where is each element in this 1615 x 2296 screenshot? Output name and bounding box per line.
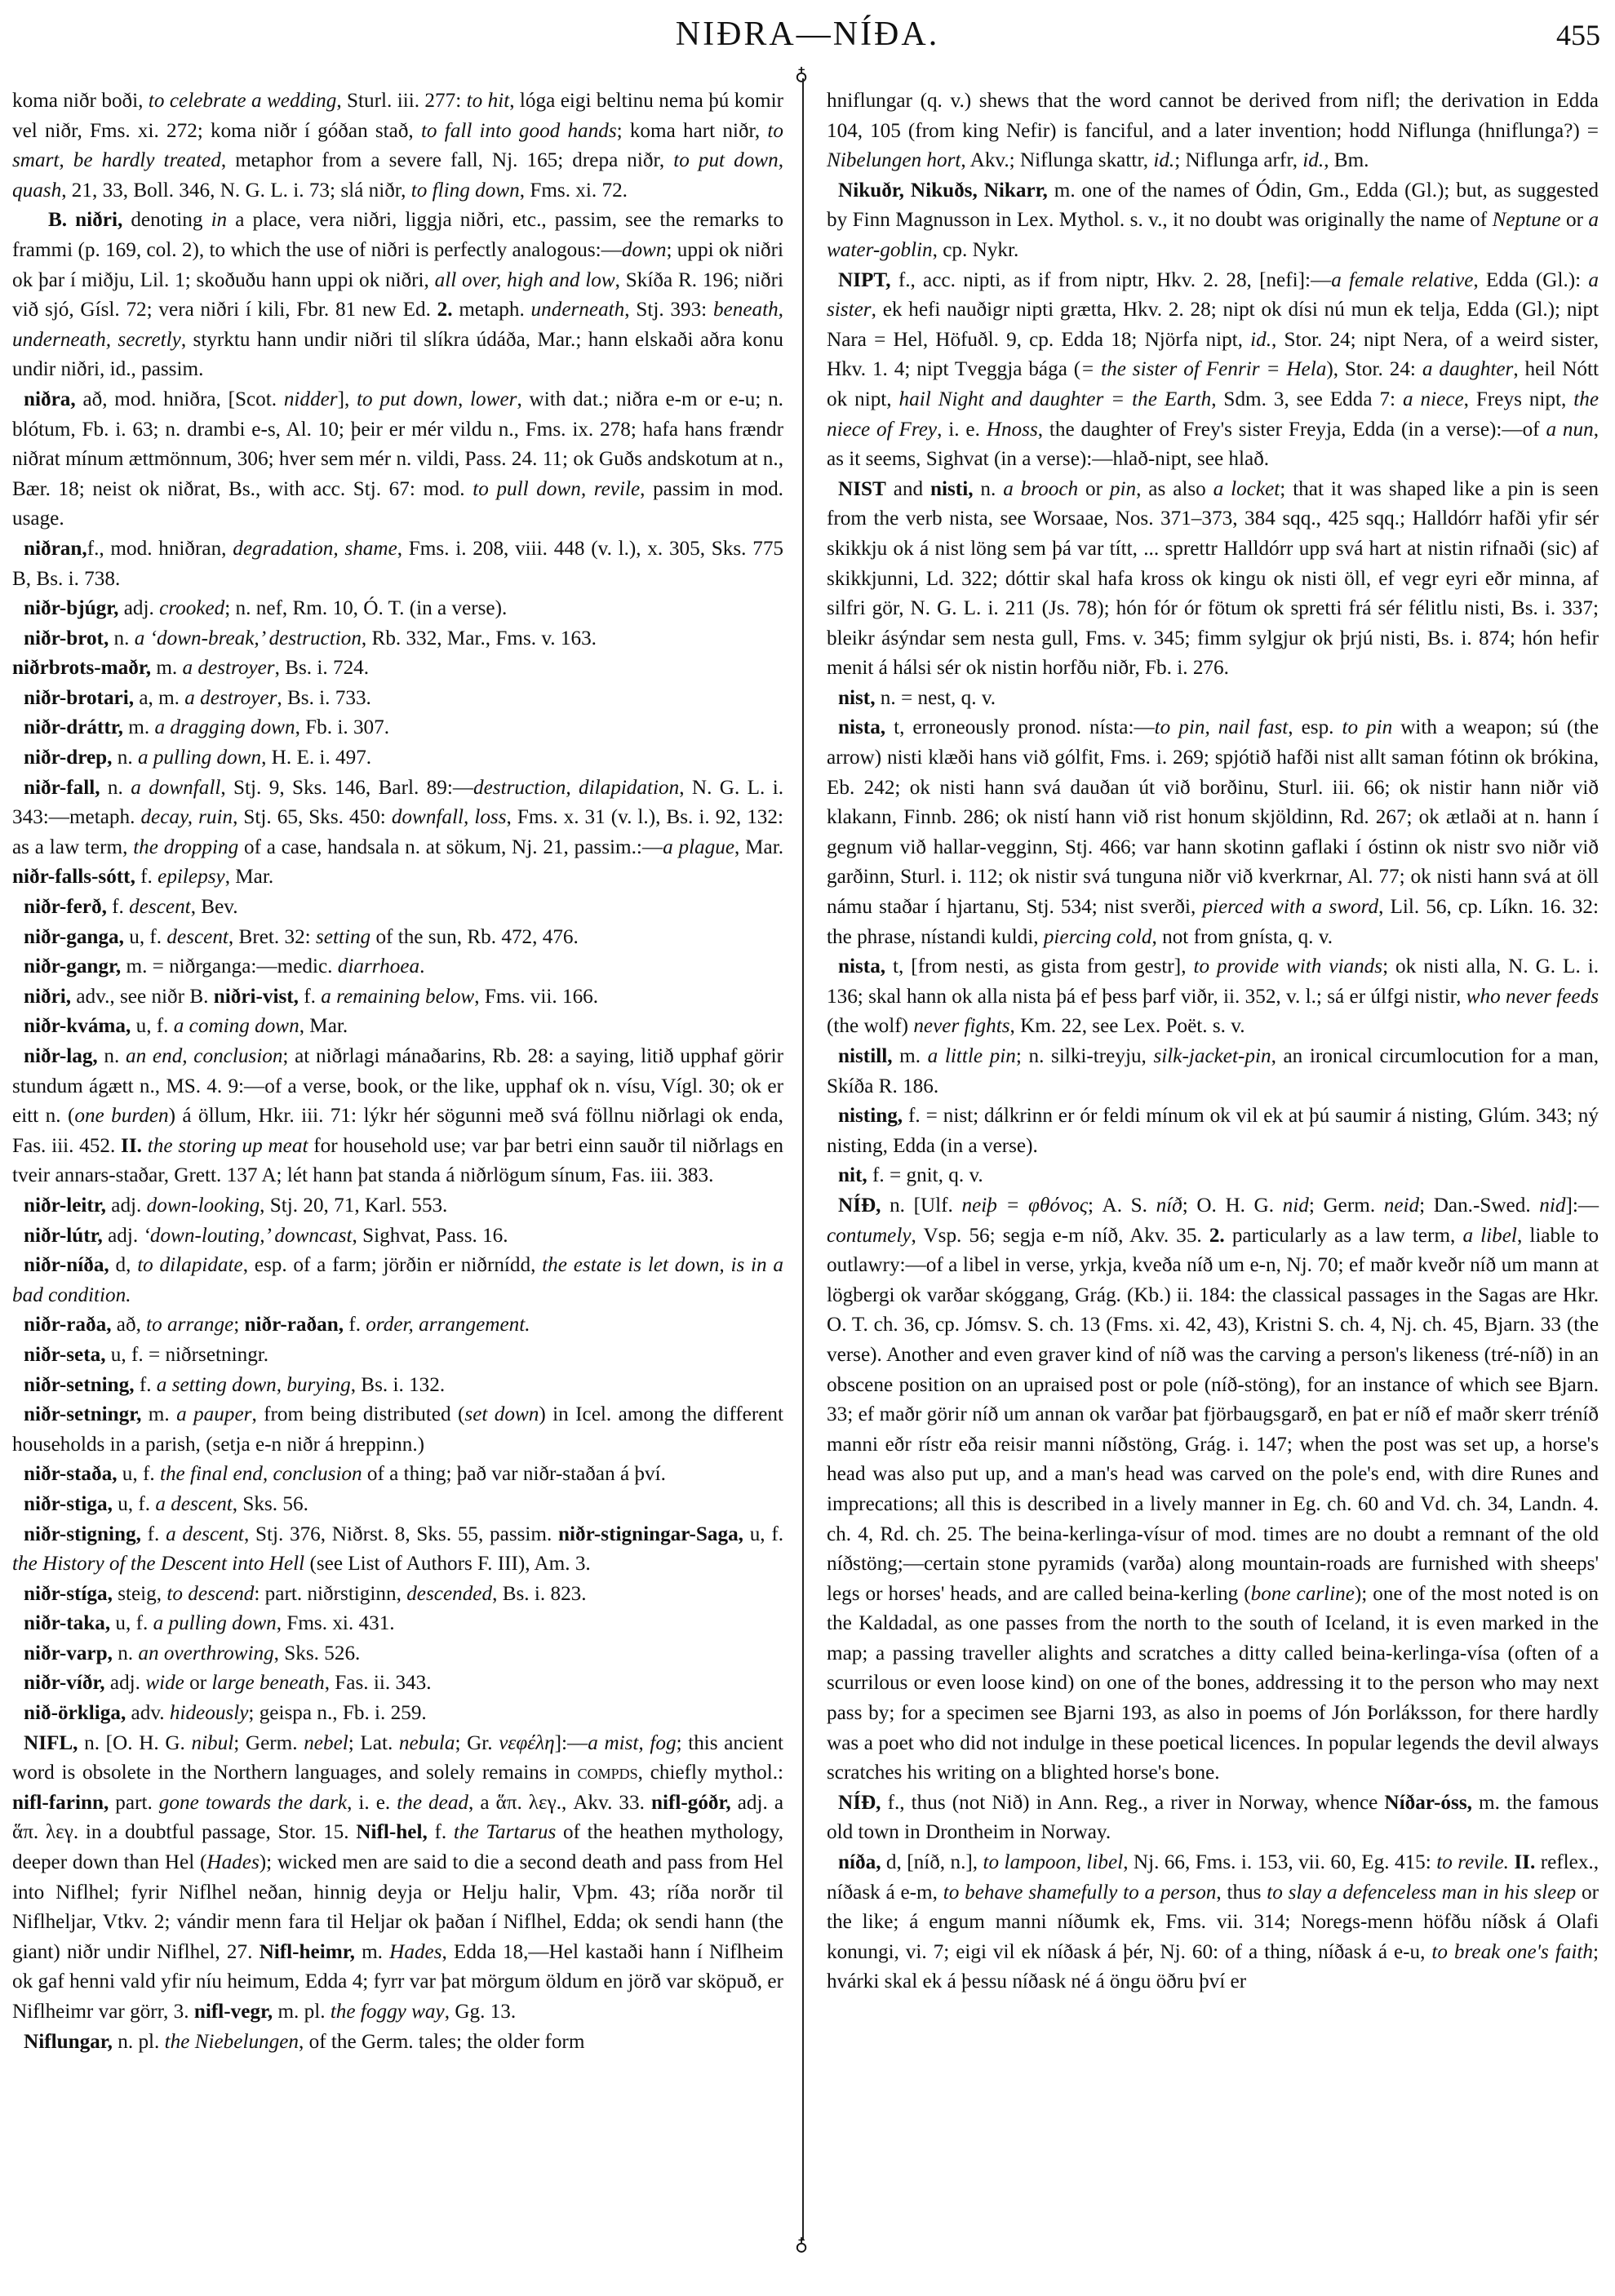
entry-headword: nifl-góðr, [651,1792,731,1814]
entry-text: f. [344,1314,366,1336]
entry-text: ; A. S. [1088,1195,1156,1217]
entry-headword: B. niðri, [48,209,122,231]
entry-text: ; n. nef, Rm. 10, Ó. T. (in a verse). [224,597,507,619]
entry-gloss: a nun [1546,419,1593,441]
entry-text: m. pl. [273,2001,331,2023]
entry-gloss: nibul [191,1732,233,1754]
entry-text: , Akv.; Niflunga skattr, [961,149,1153,171]
entry-gloss: a plague [663,836,734,858]
entry-headword: NIST [838,478,886,500]
entry-text: ), Stor. 24: [1326,358,1422,380]
entry-text: ; [233,1314,244,1336]
entry-gloss: underneath [531,299,625,321]
entry-headword: NÍÐ, [838,1792,881,1814]
entry-text: n. [100,777,131,799]
entry-text: , i. e. [937,419,987,441]
entry-text: t, erroneously pronod. nísta:— [885,716,1155,738]
entry-text: of the sun, Rb. 472, 476. [370,926,579,948]
entry-gloss: descent [166,926,228,948]
entry-gloss: hideously [170,1702,249,1724]
entry-headword: niðr-raðan, [245,1314,344,1336]
entry-headword: nistill, [838,1045,893,1067]
entry-gloss: a dragging down [154,716,295,738]
dictionary-entry: niðri, adv., see niðr B. niðri-vist, f. … [12,982,783,1013]
dictionary-entry: B. niðri, denoting in a place, vera niðr… [12,206,783,385]
entry-gloss: descended [406,1583,492,1605]
entry-text: , Fms. xi. 431. [277,1612,395,1634]
entry-text: : part. niðrstiginn, [254,1583,406,1605]
entry-gloss: pin [1110,478,1136,500]
entry-text: ], [338,388,357,410]
entry-text: f., thus (not Nið) in Ann. Reg., a river… [881,1792,1384,1814]
dictionary-entry: niðr-seta, u, f. = niðrsetningr. [12,1341,783,1371]
entry-text: compds [578,1762,638,1784]
entry-text: f. [141,1523,166,1545]
entry-headword: niðr-setning, [24,1374,135,1396]
left-column: koma niðr boði, to celebrate a wedding, … [12,86,783,2057]
entry-text: , esp. [1288,716,1342,738]
entry-text: m. = niðrganga:—medic. [121,955,338,977]
entry-text: u, f. [131,1015,173,1037]
entry-text: , Bret. 32: [228,926,316,948]
entry-headword: niðr-falls-sótt, [12,866,135,888]
page-header: NIÐRA—NÍÐA. 455 [0,15,1615,64]
entry-text: ]:— [1565,1195,1599,1217]
entry-gloss: epilepsy [158,866,225,888]
entry-gloss: gone towards the dark [159,1792,347,1814]
entry-headword: niðr-raða, [24,1314,112,1336]
entry-text: n. [Ulf. [881,1195,961,1217]
entry-gloss: a little pin [928,1045,1016,1067]
entry-headword: 2. [1209,1225,1225,1247]
entry-text: n. [O. H. G. [78,1732,191,1754]
entry-text: , Nj. 66, Fms. i. 153, vii. 60, Eg. 415: [1123,1851,1436,1873]
entry-text: (the wolf) [827,1015,913,1037]
entry-headword: niðr-ganga, [24,926,124,948]
entry-text: , Stj. 20, 71, Karl. 553. [260,1195,447,1217]
dictionary-entry: niðr-taka, u, f. a pulling down, Fms. xi… [12,1609,783,1639]
entry-text: with a weapon; sú (the arrow) nisti klæð… [827,716,1599,918]
entry-text: , liable to outlawry:—of a libel in vers… [827,1225,1599,1605]
entry-text: adj. [118,597,159,619]
dictionary-entry: niðr-raða, að, to arrange; niðr-raðan, f… [12,1310,783,1341]
entry-gloss: nidder [284,388,338,410]
entry-gloss: to slay a defenceless man in his sleep [1267,1882,1576,1904]
dictionary-entry: niðr-drep, n. a pulling down, H. E. i. 4… [12,743,783,773]
entry-text: m. [151,657,182,679]
entry-headword: niðra, [24,388,76,410]
entry-text: of a case, handsala n. at sökum, Nj. 21,… [238,836,663,858]
entry-text: . [419,955,424,977]
entry-text: (see List of Authors F. III), Am. 3. [304,1553,591,1575]
entry-text: , the daughter of Frey's sister Freyja, … [1038,419,1546,441]
entry-headword: niðr-staða, [24,1463,118,1485]
entry-gloss: diarrhoea [338,955,419,977]
entry-text: ; O. H. G. [1182,1195,1283,1217]
entry-gloss: the final end, conclusion [160,1463,362,1485]
entry-headword: niðr-brotari, [24,687,134,709]
entry-gloss: the dead [397,1792,468,1814]
entry-text: , esp. of a farm; jörðin er niðrnídd, [243,1254,542,1276]
entry-text: koma niðr boði, [12,90,149,112]
entry-gloss: decay, ruin [140,806,233,828]
entry-text: , Fas. ii. 343. [325,1672,432,1694]
entry-gloss: to pull down, revile [473,478,640,500]
entry-text: , Km. 22, see Lex. Poët. s. v. [1010,1015,1245,1037]
entry-headword: Nifl-hel, [356,1821,427,1843]
dictionary-entry: niðr-gangr, m. = niðrganga:—medic. diarr… [12,952,783,982]
entry-headword: niðr-dráttr, [24,716,123,738]
entry-text: u, f. = niðrsetningr. [106,1344,269,1366]
dictionary-entry: niðrbrots-maðr, m. a destroyer, Bs. i. 7… [12,654,783,684]
dictionary-entry: niðr-leitr, adj. down-looking, Stj. 20, … [12,1191,783,1221]
dictionary-entry: Niflungar, n. pl. the Niebelungen, of th… [12,2028,783,2058]
entry-text: n. pl. [113,2031,165,2053]
entry-gloss: a destroyer [183,657,275,679]
entry-text: n. [113,1642,138,1664]
entry-gloss: set down [464,1403,539,1425]
entry-headword: Níðar-óss, [1384,1792,1472,1814]
entry-text: , cp. Nykr. [933,239,1019,261]
dictionary-entry: NIST and nisti, n. a brooch or pin, as a… [827,475,1599,684]
entry-text: f., mod. hniðran, [87,538,233,560]
entry-text: denoting [122,209,211,231]
entry-gloss: Neptune [1493,209,1561,231]
entry-text: n. [98,1045,126,1067]
entry-gloss: a downfall [131,777,220,799]
dictionary-entry: nista, t, erroneously pronod. nísta:—to … [827,713,1599,952]
entry-text: , of the Germ. tales; the older form [299,2031,584,2053]
dictionary-entry: niðr-brotari, a, m. a destroyer, Bs. i. … [12,684,783,714]
entry-gloss: to fall into good hands [421,120,617,142]
entry-gloss: to revile. [1436,1851,1509,1873]
dictionary-entry: niðr-lútr, adj. ‘down-louting,’ downcast… [12,1221,783,1252]
entry-gloss: who never feeds [1466,986,1599,1008]
entry-headword: niðrbrots-maðr, [12,657,151,679]
entry-gloss: to pin, nail fast [1155,716,1289,738]
running-head-title: NIÐRA—NÍÐA. [0,15,1615,54]
entry-gloss: a pulling down [153,1612,277,1634]
entry-headword: niðr-stigningar-Saga, [558,1523,743,1545]
entry-text: ; Germ. [1309,1195,1384,1217]
entry-gloss: never fights [913,1015,1009,1037]
entry-gloss: one burden [74,1105,168,1127]
entry-gloss: an end, conclusion [126,1045,282,1067]
entry-text: n. [974,478,1004,500]
entry-headword: niðr-bjúgr, [24,597,118,619]
entry-gloss: contumely [827,1225,912,1247]
dictionary-entry: NÍÐ, n. [Ulf. neiþ = φθόνος; A. S. níð; … [827,1191,1599,1788]
entry-text: f. = gnit, q. v. [867,1164,983,1186]
entry-headword: niðran, [24,538,87,560]
entry-gloss: to put down, lower [357,388,517,410]
entry-text: , 21, 33, Boll. 346, N. G. L. i. 73; slá… [61,180,411,202]
entry-text: n. = nest, q. v. [876,687,996,709]
entry-headword: niðri-vist, [214,986,299,1008]
entry-text: , Fb. i. 307. [295,716,389,738]
entry-text: d, [109,1254,137,1276]
entry-text: ; Lat. [348,1732,399,1754]
entry-gloss: degradation, shame [233,538,397,560]
dictionary-entry: Nikuðr, Nikuðs, Nikarr, m. one of the na… [827,176,1599,266]
entry-text: , Sdm. 3, see Edda 7: [1211,388,1403,410]
entry-text: , Freys nipt, [1464,388,1574,410]
entry-text: and [886,478,930,500]
right-column: hniflungar (q. v.) shews that the word c… [827,86,1599,1997]
entry-headword: nit, [838,1164,867,1186]
entry-text: adv. [126,1702,170,1724]
entry-text: a, m. [134,687,184,709]
dictionary-entry: niðr-kváma, u, f. a coming down, Mar. [12,1012,783,1042]
dictionary-entry: niðr-ferð, f. descent, Bev. [12,893,783,923]
entry-text: , Bm. [1324,149,1369,171]
dictionary-entry: NÍÐ, f., thus (not Nið) in Ann. Reg., a … [827,1788,1599,1848]
entry-gloss: a ‘down-break,’ destruction [135,627,362,649]
entry-text: , Gg. 13. [445,2001,516,2023]
entry-text: , as also [1136,478,1213,500]
entry-text: hniflungar (q. v.) shews that the word c… [827,90,1599,142]
entry-text: ; n. silki-treyju, [1016,1045,1154,1067]
entry-text: u, f. [124,926,166,948]
entry-gloss: order, arrangement. [366,1314,530,1336]
entry-gloss: the Niebelungen [165,2031,299,2053]
entry-headword: nisti, [930,478,974,500]
entry-text: ; Gr. [455,1732,499,1754]
entry-text [142,1135,148,1157]
entry-gloss: a niece [1403,388,1464,410]
entry-headword: níða, [838,1851,881,1873]
entry-text: u, f. [110,1612,153,1634]
entry-text: ]:— [555,1732,588,1754]
entry-text: n. [112,747,137,769]
entry-gloss: nid [1539,1195,1565,1217]
entry-headword: Nifl-heimr, [260,1941,355,1963]
dictionary-entry: niðr-bjúgr, adj. crooked; n. nef, Rm. 10… [12,594,783,624]
entry-gloss: a descent [166,1523,244,1545]
entry-gloss: to descend [166,1583,254,1605]
entry-gloss: all over, high and low [435,269,615,291]
dictionary-entry: niðr-stiga, u, f. a descent, Sks. 56. [12,1490,783,1520]
entry-gloss: neid [1384,1195,1419,1217]
entry-headword: nifl-farinn, [12,1792,109,1814]
entry-gloss: nebula [399,1732,455,1754]
dictionary-entry: niðr-varp, n. an overthrowing, Sks. 526. [12,1639,783,1669]
entry-gloss: nid [1283,1195,1309,1217]
entry-headword: niðr-lag, [24,1045,98,1067]
entry-gloss: crooked [159,597,224,619]
entry-text: or [184,1672,212,1694]
entry-headword: NÍÐ, [838,1195,881,1217]
entry-text: , Mar. [734,836,783,858]
entry-text: , Fms. xi. 72. [520,180,628,202]
entry-headword: niðr-setningr, [24,1403,141,1425]
entry-headword: niðr-taka, [24,1612,110,1634]
entry-gloss: neiþ = φθόνος [961,1195,1087,1217]
entry-headword: nið-örkliga, [24,1702,126,1724]
dictionary-entry: niðr-stigning, f. a descent, Stj. 376, N… [12,1520,783,1580]
entry-gloss: níð [1156,1195,1182,1217]
entry-text: , Sks. 526. [274,1642,361,1664]
entry-headword: niðr-gangr, [24,955,121,977]
column-rule-bottom-ornament-icon: ♁ [795,2236,808,2254]
entry-gloss: = the sister of Fenrir = Hela [1080,358,1326,380]
entry-text: d, [níð, n.], [881,1851,983,1873]
entry-gloss: to dilapidate [137,1254,243,1276]
entry-text: f. [428,1821,454,1843]
dictionary-entry: níða, d, [níð, n.], to lampoon, libel, N… [827,1848,1599,1997]
entry-gloss: pierced with a sword [1202,896,1378,918]
dictionary-entry: niðr-brot, n. a ‘down-break,’ destructio… [12,624,783,654]
entry-gloss: a libel [1462,1225,1516,1247]
entry-gloss: hail Night and daughter = the Earth [899,388,1212,410]
entry-text: , i. e. [347,1792,397,1814]
entry-gloss: a descent [155,1493,232,1515]
entry-text: u, f. [118,1463,160,1485]
entry-headword: nista, [838,955,885,977]
entry-gloss: Hades [206,1851,259,1873]
entry-headword: niðr-leitr, [24,1195,106,1217]
entry-text: , Mar. [225,866,273,888]
dictionary-entry: niðran,f., mod. hniðran, degradation, sh… [12,534,783,594]
entry-text: n. [109,627,134,649]
entry-gloss: Nibelungen hort [827,149,961,171]
entry-text: að, [112,1314,147,1336]
entry-gloss: the History of the Descent into Hell [12,1553,304,1575]
entry-text: of a thing; það var niðr-staðan á því. [362,1463,666,1485]
entry-text: , Rb. 332, Mar., Fms. v. 163. [362,627,597,649]
entry-text: , Sighvat, Pass. 16. [353,1225,508,1247]
entry-gloss: ‘down-louting,’ downcast [143,1225,352,1247]
entry-gloss: in [211,209,228,231]
entry-text: , Bs. i. 823. [492,1583,586,1605]
entry-text: ; geispa n., Fb. i. 259. [248,1702,426,1724]
dictionary-entry: nista, t, [from nesti, as gista from ges… [827,952,1599,1042]
entry-headword: NIPT, [838,269,891,291]
entry-text: m. [893,1045,928,1067]
entry-gloss: a brooch [1003,478,1078,500]
entry-text: m. [141,1403,176,1425]
entry-gloss: to hit [467,90,510,112]
dictionary-entry: niðr-setningr, m. a pauper, from being d… [12,1400,783,1460]
entry-text: t, [from nesti, as gista from gestr], [885,955,1193,977]
entry-gloss: destruction, dilapidation [473,777,679,799]
entry-text: f. [135,866,158,888]
entry-text: u, f. [743,1523,783,1545]
entry-text: , Edda (Gl.): [1473,269,1588,291]
entry-gloss: down-looking [147,1195,260,1217]
entry-gloss: downfall, loss [392,806,507,828]
entry-gloss: large beneath [211,1672,324,1694]
entry-gloss: Hades [389,1941,441,1963]
entry-text: f. = nist; dálkrinn er ór feldi mínum ok… [827,1105,1599,1157]
entry-headword: niðri, [24,986,71,1008]
entry-gloss: descent [129,896,191,918]
dictionary-entry: hniflungar (q. v.) shews that the word c… [827,86,1599,176]
entry-text: f. [107,896,129,918]
entry-text: ; Dan.-Swed. [1419,1195,1539,1217]
entry-gloss: piercing cold [1044,926,1152,948]
entry-headword: niðr-kváma, [24,1015,131,1037]
dictionary-entry: NIPT, f., acc. nipti, as if from niptr, … [827,266,1599,475]
entry-gloss: a setting down, burying [157,1374,351,1396]
entry-text: , Vsp. 56; segja e-m níð, Akv. 35. [912,1225,1209,1247]
entry-text: or [1078,478,1110,500]
dictionary-entry: niðr-setning, f. a setting down, burying… [12,1371,783,1401]
entry-gloss: an overthrowing [138,1642,273,1664]
entry-gloss: a mist, fog [588,1732,676,1754]
entry-text: , Stj. 9, Sks. 146, Barl. 89:— [220,777,473,799]
entry-gloss: the Tartarus [454,1821,556,1843]
entry-headword: 2. [437,299,453,321]
entry-gloss: nebel [304,1732,348,1754]
dictionary-entry: niðr-staða, u, f. the final end, conclus… [12,1460,783,1490]
dictionary-entry: niðr-stíga, steig, to descend: part. nið… [12,1580,783,1610]
dictionary-entry: nit, f. = gnit, q. v. [827,1161,1599,1191]
entry-gloss: to provide with viands [1193,955,1382,977]
entry-text: , Bs. i. 132. [351,1374,445,1396]
entry-gloss: to arrange [146,1314,233,1336]
entry-headword: II. [121,1135,142,1157]
entry-gloss: νεφέλη [499,1732,554,1754]
entry-headword: nisting, [838,1105,903,1127]
entry-text: , Mar. [299,1015,348,1037]
entry-gloss: silk-jacket-pin [1153,1045,1271,1067]
entry-gloss: a pulling down [138,747,261,769]
entry-gloss: the dropping [133,836,238,858]
entry-headword: II. [1514,1851,1535,1873]
dictionary-entry: nið-örkliga, adv. hideously; geispa n., … [12,1699,783,1729]
entry-headword: Niflungar, [24,2031,113,2053]
entry-text: , Sks. 56. [233,1493,308,1515]
entry-gloss: id. [1250,329,1271,351]
entry-gloss: to fling down [411,180,520,202]
entry-text: , Bs. i. 724. [275,657,369,679]
entry-gloss: a pauper [176,1403,251,1425]
entry-gloss: the foggy way [331,2001,445,2023]
entry-gloss: to lampoon, libel [983,1851,1124,1873]
entry-text: , Bev. [191,896,238,918]
entry-text: , Fms. vii. 166. [474,986,598,1008]
entry-text: , from being distributed ( [251,1403,464,1425]
entry-text: , a ἅπ. λεγ., Akv. 33. [468,1792,651,1814]
entry-gloss: to behave shamefully to a person [943,1882,1217,1904]
entry-text: metaph. [453,299,531,321]
entry-text: steig, [113,1583,166,1605]
dictionary-entry: niðr-lag, n. an end, conclusion; at niðr… [12,1042,783,1191]
entry-headword: niðr-ferð, [24,896,107,918]
entry-gloss: the storing up meat [148,1135,308,1157]
entry-gloss: a remaining below [321,986,474,1008]
entry-text: adj. [103,1225,144,1247]
entry-text: m. [355,1941,389,1963]
entry-text: ; koma hart niðr, [617,120,768,142]
entry-text: , H. E. i. 497. [261,747,371,769]
entry-gloss: a destroyer [184,687,277,709]
entry-headword: Nikuðr, Nikuðs, Nikarr, [838,180,1048,202]
entry-text: m. [123,716,154,738]
dictionary-entry: niðr-víðr, adj. wide or large beneath, F… [12,1669,783,1699]
entry-text: ; Germ. [233,1732,304,1754]
dictionary-entry: nisting, f. = nist; dálkrinn er ór feldi… [827,1101,1599,1161]
entry-headword: niðr-níða, [24,1254,109,1276]
entry-text: or [1561,209,1589,231]
entry-gloss: wide [145,1672,184,1694]
entry-headword: niðr-lútr, [24,1225,103,1247]
page-number: 455 [1556,18,1600,52]
entry-gloss: bone carline [1251,1583,1355,1605]
entry-headword: niðr-varp, [24,1642,113,1664]
entry-text: , Stj. 65, Sks. 450: [233,806,392,828]
